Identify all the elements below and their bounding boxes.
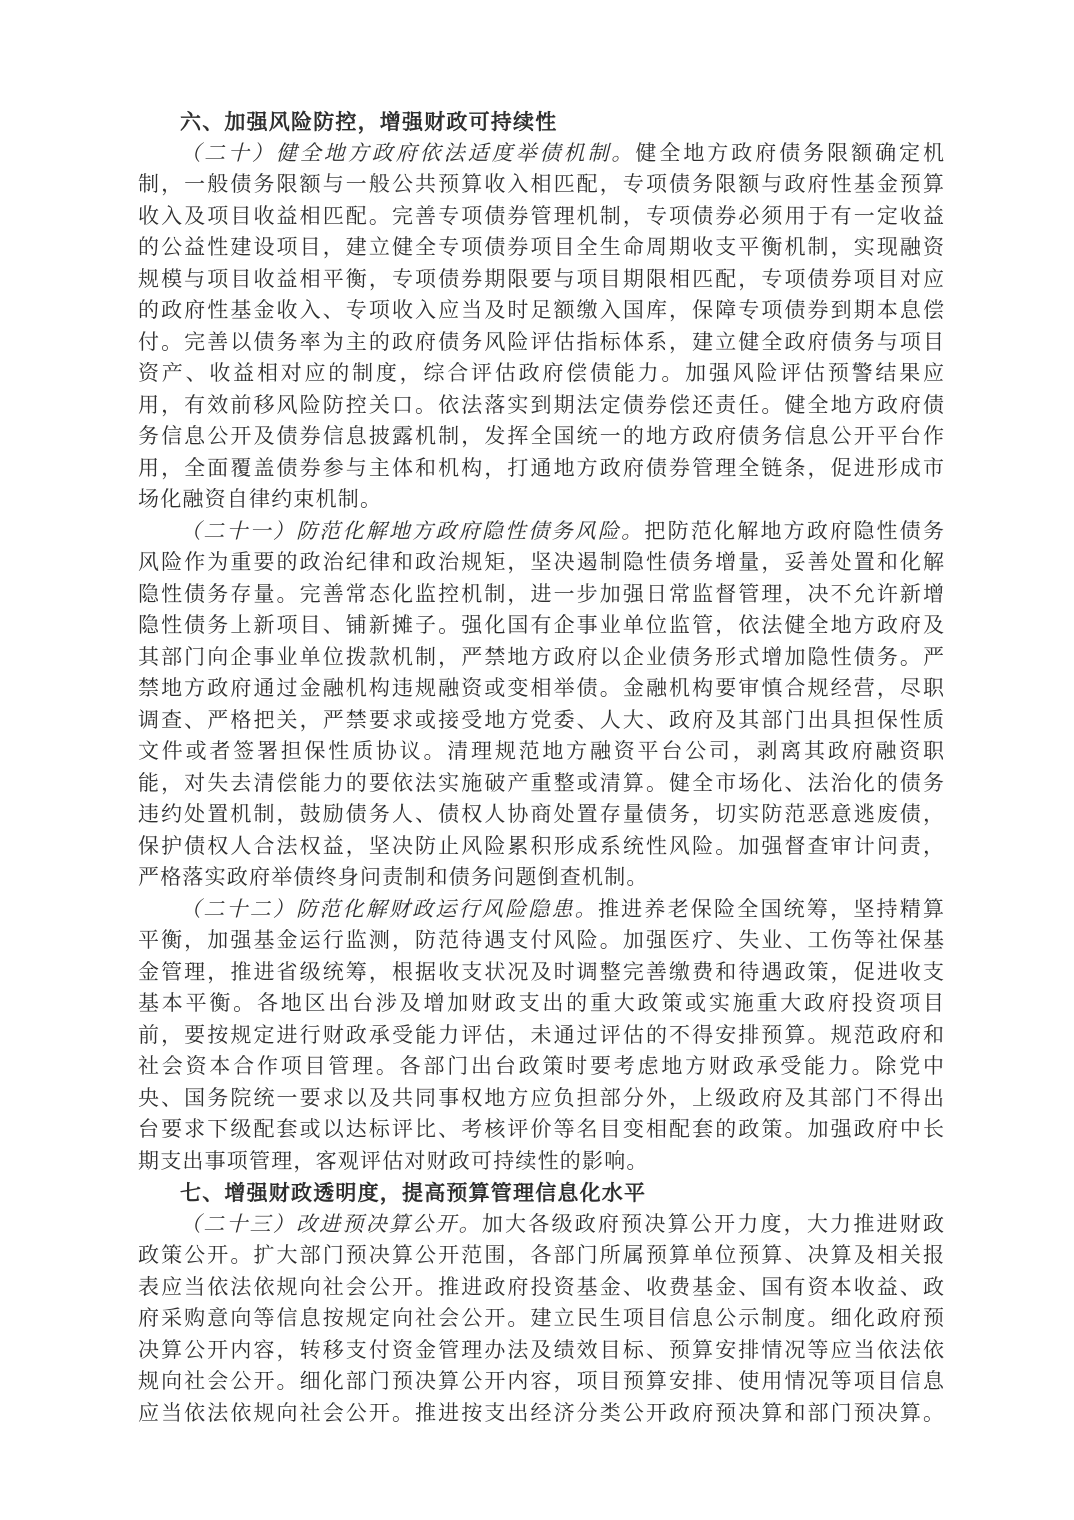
text-line: 文件或者签署担保性质协议。清理规范地方融资平台公司，剥离其政府融资职 (138, 736, 944, 768)
paragraph-lead-sentence: （二十）健全地方政府依法适度举债机制。 (180, 141, 635, 165)
text-line: 表应当依法依规向社会公开。推进政府投资基金、收费基金、国有资本收益、政 (138, 1272, 944, 1304)
text-line: 的政府性基金收入、专项收入应当及时足额缴入国库，保障专项债券到期本息偿 (138, 295, 944, 327)
text-line: 前，要按规定进行财政承受能力评估，未通过评估的不得安排预算。规范政府和 (138, 1020, 944, 1052)
text-line: 严格落实政府举债终身问责制和债务问题倒查机制。 (138, 862, 944, 894)
text-line: （二十三）改进预决算公开。加大各级政府预决算公开力度，大力推进财政 (138, 1209, 944, 1241)
text-line: 规模与项目收益相平衡，专项债券期限要与项目期限相匹配，专项债券项目对应 (138, 264, 944, 296)
text-line: 务信息公开及债券信息披露机制，发挥全国统一的地方政府债务信息公开平台作 (138, 421, 944, 453)
text-line: 隐性债务存量。完善常态化监控机制，进一步加强日常监督管理，决不允许新增 (138, 579, 944, 611)
text-line: 付。完善以债务率为主的政府债务风险评估指标体系，建立健全政府债务与项目 (138, 327, 944, 359)
text-line: 隐性债务上新项目、铺新摊子。强化国有企事业单位监管，依法健全地方政府及 (138, 610, 944, 642)
text-line: 金管理，推进省级统筹，根据收支状况及时调整完善缴费和待遇政策，促进收支 (138, 957, 944, 989)
text-line: 政策公开。扩大部门预决算公开范围，各部门所属预算单位预算、决算及相关报 (138, 1240, 944, 1272)
text-line: 场化融资自律约束机制。 (138, 484, 944, 516)
text-line: 府采购意向等信息按规定向社会公开。建立民生项目信息公示制度。细化政府预 (138, 1303, 944, 1335)
text-line: 其部门向企事业单位拨款机制，严禁地方政府以企业债务形式增加隐性债务。严 (138, 642, 944, 674)
text-line: （二十一）防范化解地方政府隐性债务风险。把防范化解地方政府隐性债务 (138, 516, 944, 548)
text-line: （二十二）防范化解财政运行风险隐患。推进养老保险全国统筹，坚持精算 (138, 894, 944, 926)
paragraph-lead-sentence: （二十一）防范化解地方政府隐性债务风险。 (180, 519, 644, 543)
section-heading: 六、加强风险防控，增强财政可持续性 (138, 106, 944, 138)
text-line: 调查、严格把关，严禁要求或接受地方党委、人大、政府及其部门出具担保性质 (138, 705, 944, 737)
text-line: 规向社会公开。细化部门预决算公开内容，项目预算安排、使用情况等项目信息 (138, 1366, 944, 1398)
paragraph-text: 加大各级政府预决算公开力度，大力推进财政 (482, 1212, 944, 1236)
text-line: 保护债权人合法权益，坚决防止风险累积形成系统性风险。加强督查审计问责， (138, 831, 944, 863)
text-line: 的公益性建设项目，建立健全专项债券项目全生命周期收支平衡机制，实现融资 (138, 232, 944, 264)
paragraph-text: 把防范化解地方政府隐性债务 (644, 519, 944, 543)
section-heading: 七、增强财政透明度，提高预算管理信息化水平 (138, 1177, 944, 1209)
document-body: 六、加强风险防控，增强财政可持续性（二十）健全地方政府依法适度举债机制。健全地方… (138, 106, 944, 1429)
text-line: 能，对失去清偿能力的要依法实施破产重整或清算。健全市场化、法治化的债务 (138, 768, 944, 800)
paragraph-text: 推进养老保险全国统筹，坚持精算 (598, 897, 944, 921)
text-line: 制，一般债务限额与一般公共预算收入相匹配，专项债务限额与政府性基金预算 (138, 169, 944, 201)
paragraph-text: 健全地方政府债务限额确定机 (635, 141, 944, 165)
document-page: 六、加强风险防控，增强财政可持续性（二十）健全地方政府依法适度举债机制。健全地方… (0, 0, 1074, 1520)
text-line: 用，全面覆盖债券参与主体和机构，打通地方政府债券管理全链条，促进形成市 (138, 453, 944, 485)
text-line: 风险作为重要的政治纪律和政治规矩，坚决遏制隐性债务增量，妥善处置和化解 (138, 547, 944, 579)
text-line: 收入及项目收益相匹配。完善专项债券管理机制，专项债券必须用于有一定收益 (138, 201, 944, 233)
text-line: （二十）健全地方政府依法适度举债机制。健全地方政府债务限额确定机 (138, 138, 944, 170)
text-line: 应当依法依规向社会公开。推进按支出经济分类公开政府预决算和部门预决算。 (138, 1398, 944, 1430)
text-line: 央、国务院统一要求以及共同事权地方应负担部分外，上级政府及其部门不得出 (138, 1083, 944, 1115)
text-line: 用，有效前移风险防控关口。依法落实到期法定债券偿还责任。健全地方政府债 (138, 390, 944, 422)
text-line: 资产、收益相对应的制度，综合评估政府偿债能力。加强风险评估预警结果应 (138, 358, 944, 390)
text-line: 台要求下级配套或以达标评比、考核评价等名目变相配套的政策。加强政府中长 (138, 1114, 944, 1146)
paragraph-lead-sentence: （二十二）防范化解财政运行风险隐患。 (180, 897, 598, 921)
text-line: 社会资本合作项目管理。各部门出台政策时要考虑地方财政承受能力。除党中 (138, 1051, 944, 1083)
text-line: 决算公开内容，转移支付资金管理办法及绩效目标、预算安排情况等应当依法依 (138, 1335, 944, 1367)
text-line: 期支出事项管理，客观评估对财政可持续性的影响。 (138, 1146, 944, 1178)
text-line: 平衡，加强基金运行监测，防范待遇支付风险。加强医疗、失业、工伤等社保基 (138, 925, 944, 957)
text-line: 违约处置机制，鼓励债务人、债权人协商处置存量债务，切实防范恶意逃废债， (138, 799, 944, 831)
paragraph-lead-sentence: （二十三）改进预决算公开。 (180, 1212, 482, 1236)
text-line: 基本平衡。各地区出台涉及增加财政支出的重大政策或实施重大政府投资项目 (138, 988, 944, 1020)
text-line: 禁地方政府通过金融机构违规融资或变相举债。金融机构要审慎合规经营，尽职 (138, 673, 944, 705)
